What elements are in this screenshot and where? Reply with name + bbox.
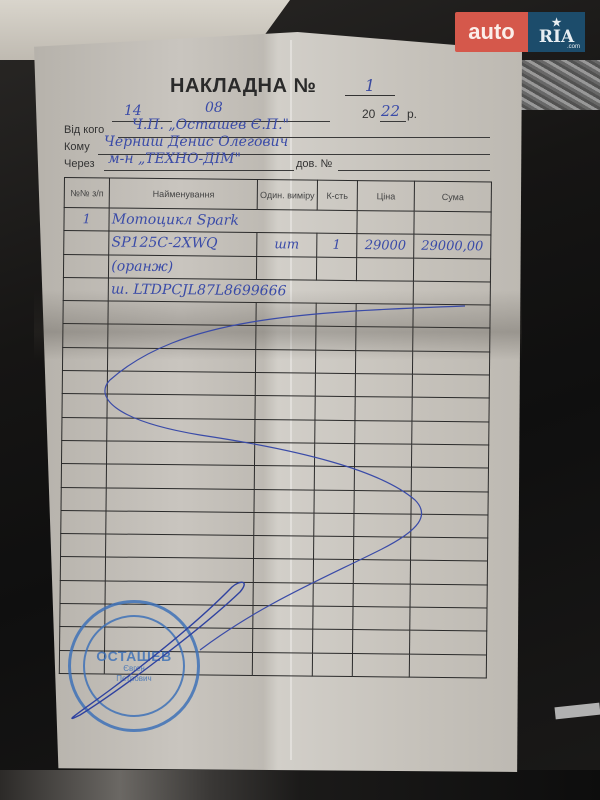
cell-unit: шт [257,233,317,257]
from-label: Від кого [64,124,104,136]
table-header-row: №№ з/п Найменування Один. виміру К-сть Ц… [64,178,491,212]
cell-price [357,211,414,235]
star-icon: ★ [552,18,562,27]
to-value: Черниш Денис Олегович [104,134,288,150]
watermark-com: .com [567,44,580,50]
cell-quantity: 1 [316,233,357,257]
cell-sum: 29000,00 [414,234,491,258]
from-value: Ч.П. „Осташев Є.П." [132,117,289,133]
to-label: Кому [64,141,90,153]
date-month: 08 [205,100,223,116]
header-quantity: К-сть [317,180,358,210]
header-sum: Сума [414,181,491,212]
stamp-first-name: Євген [123,664,145,674]
cell-name: Мотоцикл Spark [109,208,357,234]
header-number: №№ з/п [64,178,110,208]
via-label: Через [64,158,95,170]
document-title: НАКЛАДНА № [170,75,316,98]
via-line [104,170,294,171]
proxy-label: дов. № [296,158,332,170]
stamp-patronymic: Петрович [116,674,151,684]
stamp-inner-ring: ОСТАШЕВ Євген Петрович [83,615,185,717]
cell-sum [413,258,490,282]
date-year-suffix: 22 [381,102,400,120]
cell-quantity [316,257,357,281]
cell-price [357,257,414,281]
watermark-ria: ★ RIA .com [528,12,585,52]
cell-number [63,254,108,278]
paper-fold-shadow [34,290,522,360]
background-light-reflection [554,703,600,720]
cell-name: (оранж) [109,255,257,280]
cell-unit [257,256,317,280]
background-surface [0,770,600,800]
invoice-number: 1 [345,76,395,96]
stamp-name: ОСТАШЕВ [96,648,171,664]
date-year-unit: р. [407,107,417,121]
autoria-watermark: auto ★ RIA .com [455,12,585,52]
background-foil [515,60,600,110]
header-price: Ціна [357,181,414,212]
date-year-prefix: 20 [362,107,375,121]
header-name: Найменування [109,178,257,210]
cell-name: SP125C-2XWQ [109,231,257,256]
cell-number [64,231,109,255]
company-stamp: ОСТАШЕВ Євген Петрович [68,600,200,732]
watermark-auto: auto [455,12,528,52]
date-year-line [380,121,406,122]
proxy-line [338,170,490,171]
cell-number: 1 [64,208,109,232]
cell-sum [414,211,491,235]
via-value: м-н „ТЕХНО-ДІМ" [108,151,241,167]
header-unit: Один. виміру [257,180,317,211]
cell-price: 29000 [357,234,414,258]
